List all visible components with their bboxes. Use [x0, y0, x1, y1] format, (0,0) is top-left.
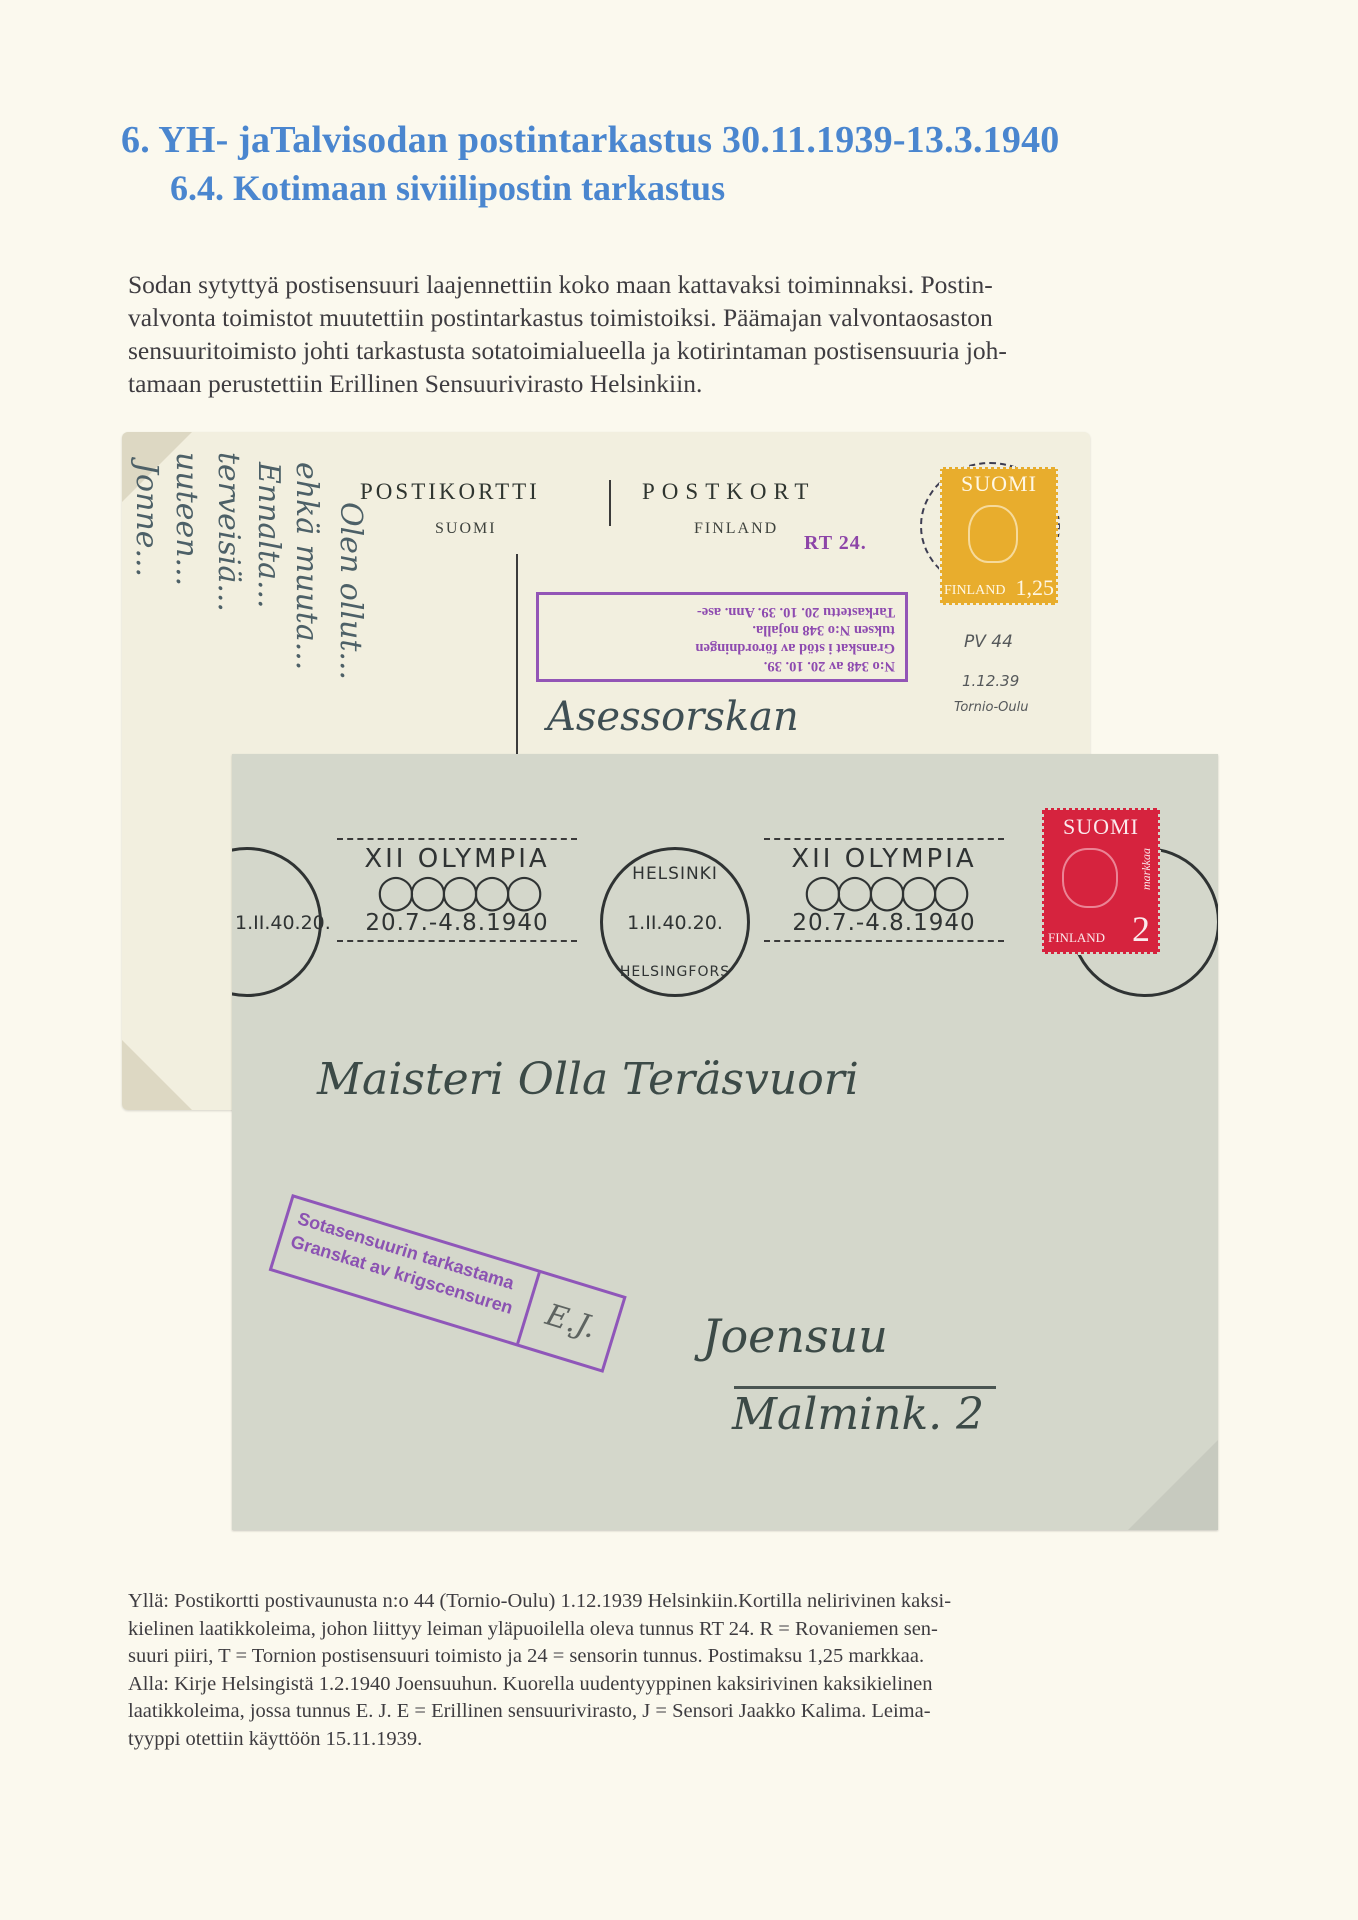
address-handwriting: Asessorskan: [547, 694, 799, 740]
caption-paragraph: Yllä: Postikortti postivaunusta n:o 44 (…: [128, 1588, 1234, 1753]
olympic-slogan-cancel: XII OLYMPIA ◯◯◯◯◯ 20.7.-4.8.1940: [764, 834, 1004, 946]
intro-line: tamaan perustettiin Erillinen Sensuurivi…: [128, 367, 1234, 400]
olympic-slogan-cancel: XII OLYMPIA ◯◯◯◯◯ 20.7.-4.8.1940: [337, 834, 577, 946]
addressee-name: Maisteri Olla Teräsvuori: [317, 1054, 859, 1105]
stamp-country-sv: FINLAND: [944, 583, 1005, 599]
handwriting-line: terveisiä...: [211, 452, 246, 612]
stamp-value: 2: [1132, 908, 1150, 950]
stamp-country: SUOMI: [940, 471, 1058, 497]
address-street: Malmink. 2: [732, 1389, 984, 1440]
handwriting-line: Jonne...: [129, 462, 164, 577]
caption-line: suuri piiri, T = Tornion postisensuuri t…: [128, 1643, 1234, 1671]
olympic-rings-icon: ◯◯◯◯◯: [337, 874, 577, 910]
caption-line: tyyppi otettiin käyttöön 15.11.1939.: [128, 1726, 1234, 1754]
page-title: 6. YH- jaTalvisodan postintarkastus 30.1…: [121, 118, 1059, 162]
stamp-value: 1,25: [1016, 575, 1055, 601]
caption-line: Alla: Kirje Helsingistä 1.2.1940 Joensuu…: [128, 1671, 1234, 1699]
postcard-country-fi: SUOMI: [435, 520, 497, 538]
intro-line: Sodan sytyttyä postisensuuri laajennetti…: [128, 268, 1234, 301]
caption-line: laatikkoleima, jossa tunnus E. J. E = Er…: [128, 1698, 1234, 1726]
envelope: 1.II.40.20. XII OLYMPIA ◯◯◯◯◯ 20.7.-4.8.…: [232, 754, 1218, 1530]
postmark-city: HELSINKI: [603, 864, 747, 884]
postage-stamp: SUOMI markkaa FINLAND 2: [1042, 808, 1160, 954]
censor-line: N:o 348 av 20. 10. 39.: [549, 657, 895, 675]
postcard-heading-fi: POSTIKORTTI: [360, 479, 540, 505]
divider: [337, 940, 577, 942]
slogan-dates: 20.7.-4.8.1940: [337, 910, 577, 936]
stamp-country-sv: FINLAND: [1048, 930, 1105, 946]
postmark-icon: HELSINKI 1.II.40.20. HELSINGFORS: [600, 847, 750, 997]
stamp-country: SUOMI: [1042, 814, 1160, 840]
olympic-rings-icon: ◯◯◯◯◯: [764, 874, 1004, 910]
censor-line: tuksen N:o 348 nojalla.: [549, 621, 895, 639]
censor-box-stamp: Sotasensuurin tarkastama Granskat av kri…: [269, 1194, 627, 1373]
handwriting-line: uuteen...: [169, 452, 204, 586]
page-subtitle: 6.4. Kotimaan siviilipostin tarkastus: [170, 167, 725, 209]
divider: [764, 838, 1004, 840]
postmark-date: 1.II.40.20.: [232, 912, 319, 934]
divider: [609, 480, 611, 526]
intro-paragraph: Sodan sytyttyä postisensuuri laajennetti…: [128, 268, 1234, 400]
censor-text: Sotasensuurin tarkastama Granskat av kri…: [272, 1198, 540, 1344]
address-city: Joensuu: [702, 1309, 888, 1363]
stamp-unit: markkaa: [1139, 848, 1154, 890]
intro-line: sensuuritoimisto johti tarkastusta sotat…: [128, 334, 1234, 367]
postage-stamp: SUOMI FINLAND 1,25: [940, 467, 1058, 605]
postcard-heading-sv: POSTKORT: [642, 479, 815, 505]
pencil-note: Tornio-Oulu: [954, 700, 1028, 715]
slogan-text: XII OLYMPIA: [764, 844, 1004, 874]
pencil-note: 1.12.39: [962, 672, 1019, 690]
censor-line: Tarkastettu 20. 10. 39. Ann. ase-: [549, 603, 895, 621]
mount-corner: [122, 1040, 192, 1110]
censor-box-stamp: N:o 348 av 20. 10. 39. Granskat i stöd a…: [536, 592, 908, 682]
handwriting-line: Ennalta...: [251, 462, 286, 609]
censor-code-mark: RT 24.: [804, 532, 867, 555]
slogan-dates: 20.7.-4.8.1940: [764, 910, 1004, 936]
censor-line: Granskat i stöd av förordningen: [549, 639, 895, 657]
exhibit-page: 6. YH- jaTalvisodan postintarkastus 30.1…: [0, 0, 1358, 1920]
mount-corner: [1128, 1440, 1218, 1530]
intro-line: valvonta toimistot muutettiin postintark…: [128, 301, 1234, 334]
caption-line: kielinen laatikkoleima, johon liittyy le…: [128, 1616, 1234, 1644]
lion-coat-of-arms-icon: [1062, 848, 1118, 908]
slogan-text: XII OLYMPIA: [337, 844, 577, 874]
pencil-note: PV 44: [964, 632, 1013, 652]
postmark-city-sv: HELSINGFORS: [603, 964, 747, 980]
postcard-country-sv: FINLAND: [694, 520, 778, 538]
divider: [764, 940, 1004, 942]
caption-line: Yllä: Postikortti postivaunusta n:o 44 (…: [128, 1588, 1234, 1616]
postmark-date: 1.II.40.20.: [603, 912, 747, 934]
divider: [337, 838, 577, 840]
postmark-icon: 1.II.40.20.: [232, 847, 322, 997]
lion-coat-of-arms-icon: [968, 505, 1018, 563]
handwriting-line: Olen ollut...: [333, 502, 368, 680]
handwriting-line: ehkä muuta...: [289, 462, 324, 670]
